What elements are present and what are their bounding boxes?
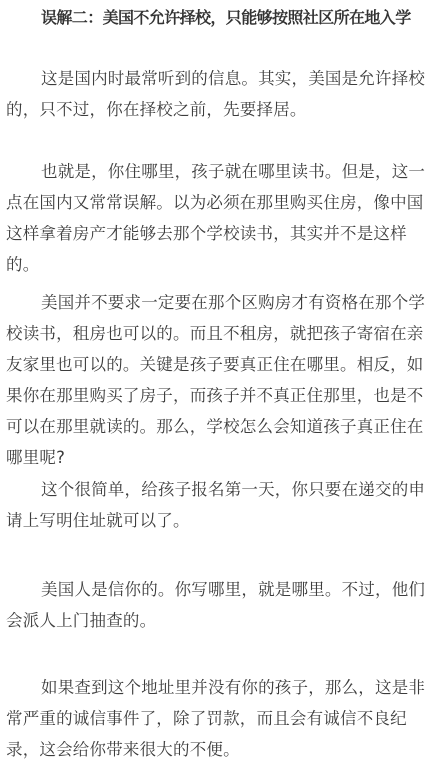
section-heading: 误解二：美国不允许择校，只能够按照社区所在地入学 xyxy=(41,6,433,30)
paragraph-3: 美国并不要求一定要在那个区购房才有资格在那个学校读书，租房也可以的。而且不租房，… xyxy=(6,287,428,473)
paragraph-1: 这是国内时最常听到的信息。其实，美国是允许择校的，只不过，你在择校之前，先要择居… xyxy=(6,63,428,125)
paragraph-2: 也就是，你住哪里，孩子就在哪里读书。但是，这一点在国内又常常误解。以为必须在那里… xyxy=(6,156,428,280)
paragraph-4: 这个很简单，给孩子报名第一天，你只要在递交的申请上写明住址就可以了。 xyxy=(6,474,428,536)
paragraph-6: 如果查到这个地址里并没有你的孩子，那么，这是非常严重的诚信事件了，除了罚款，而且… xyxy=(6,672,428,764)
paragraph-5: 美国人是信你的。你写哪里，就是哪里。不过，他们会派人上门抽查的。 xyxy=(6,574,428,636)
